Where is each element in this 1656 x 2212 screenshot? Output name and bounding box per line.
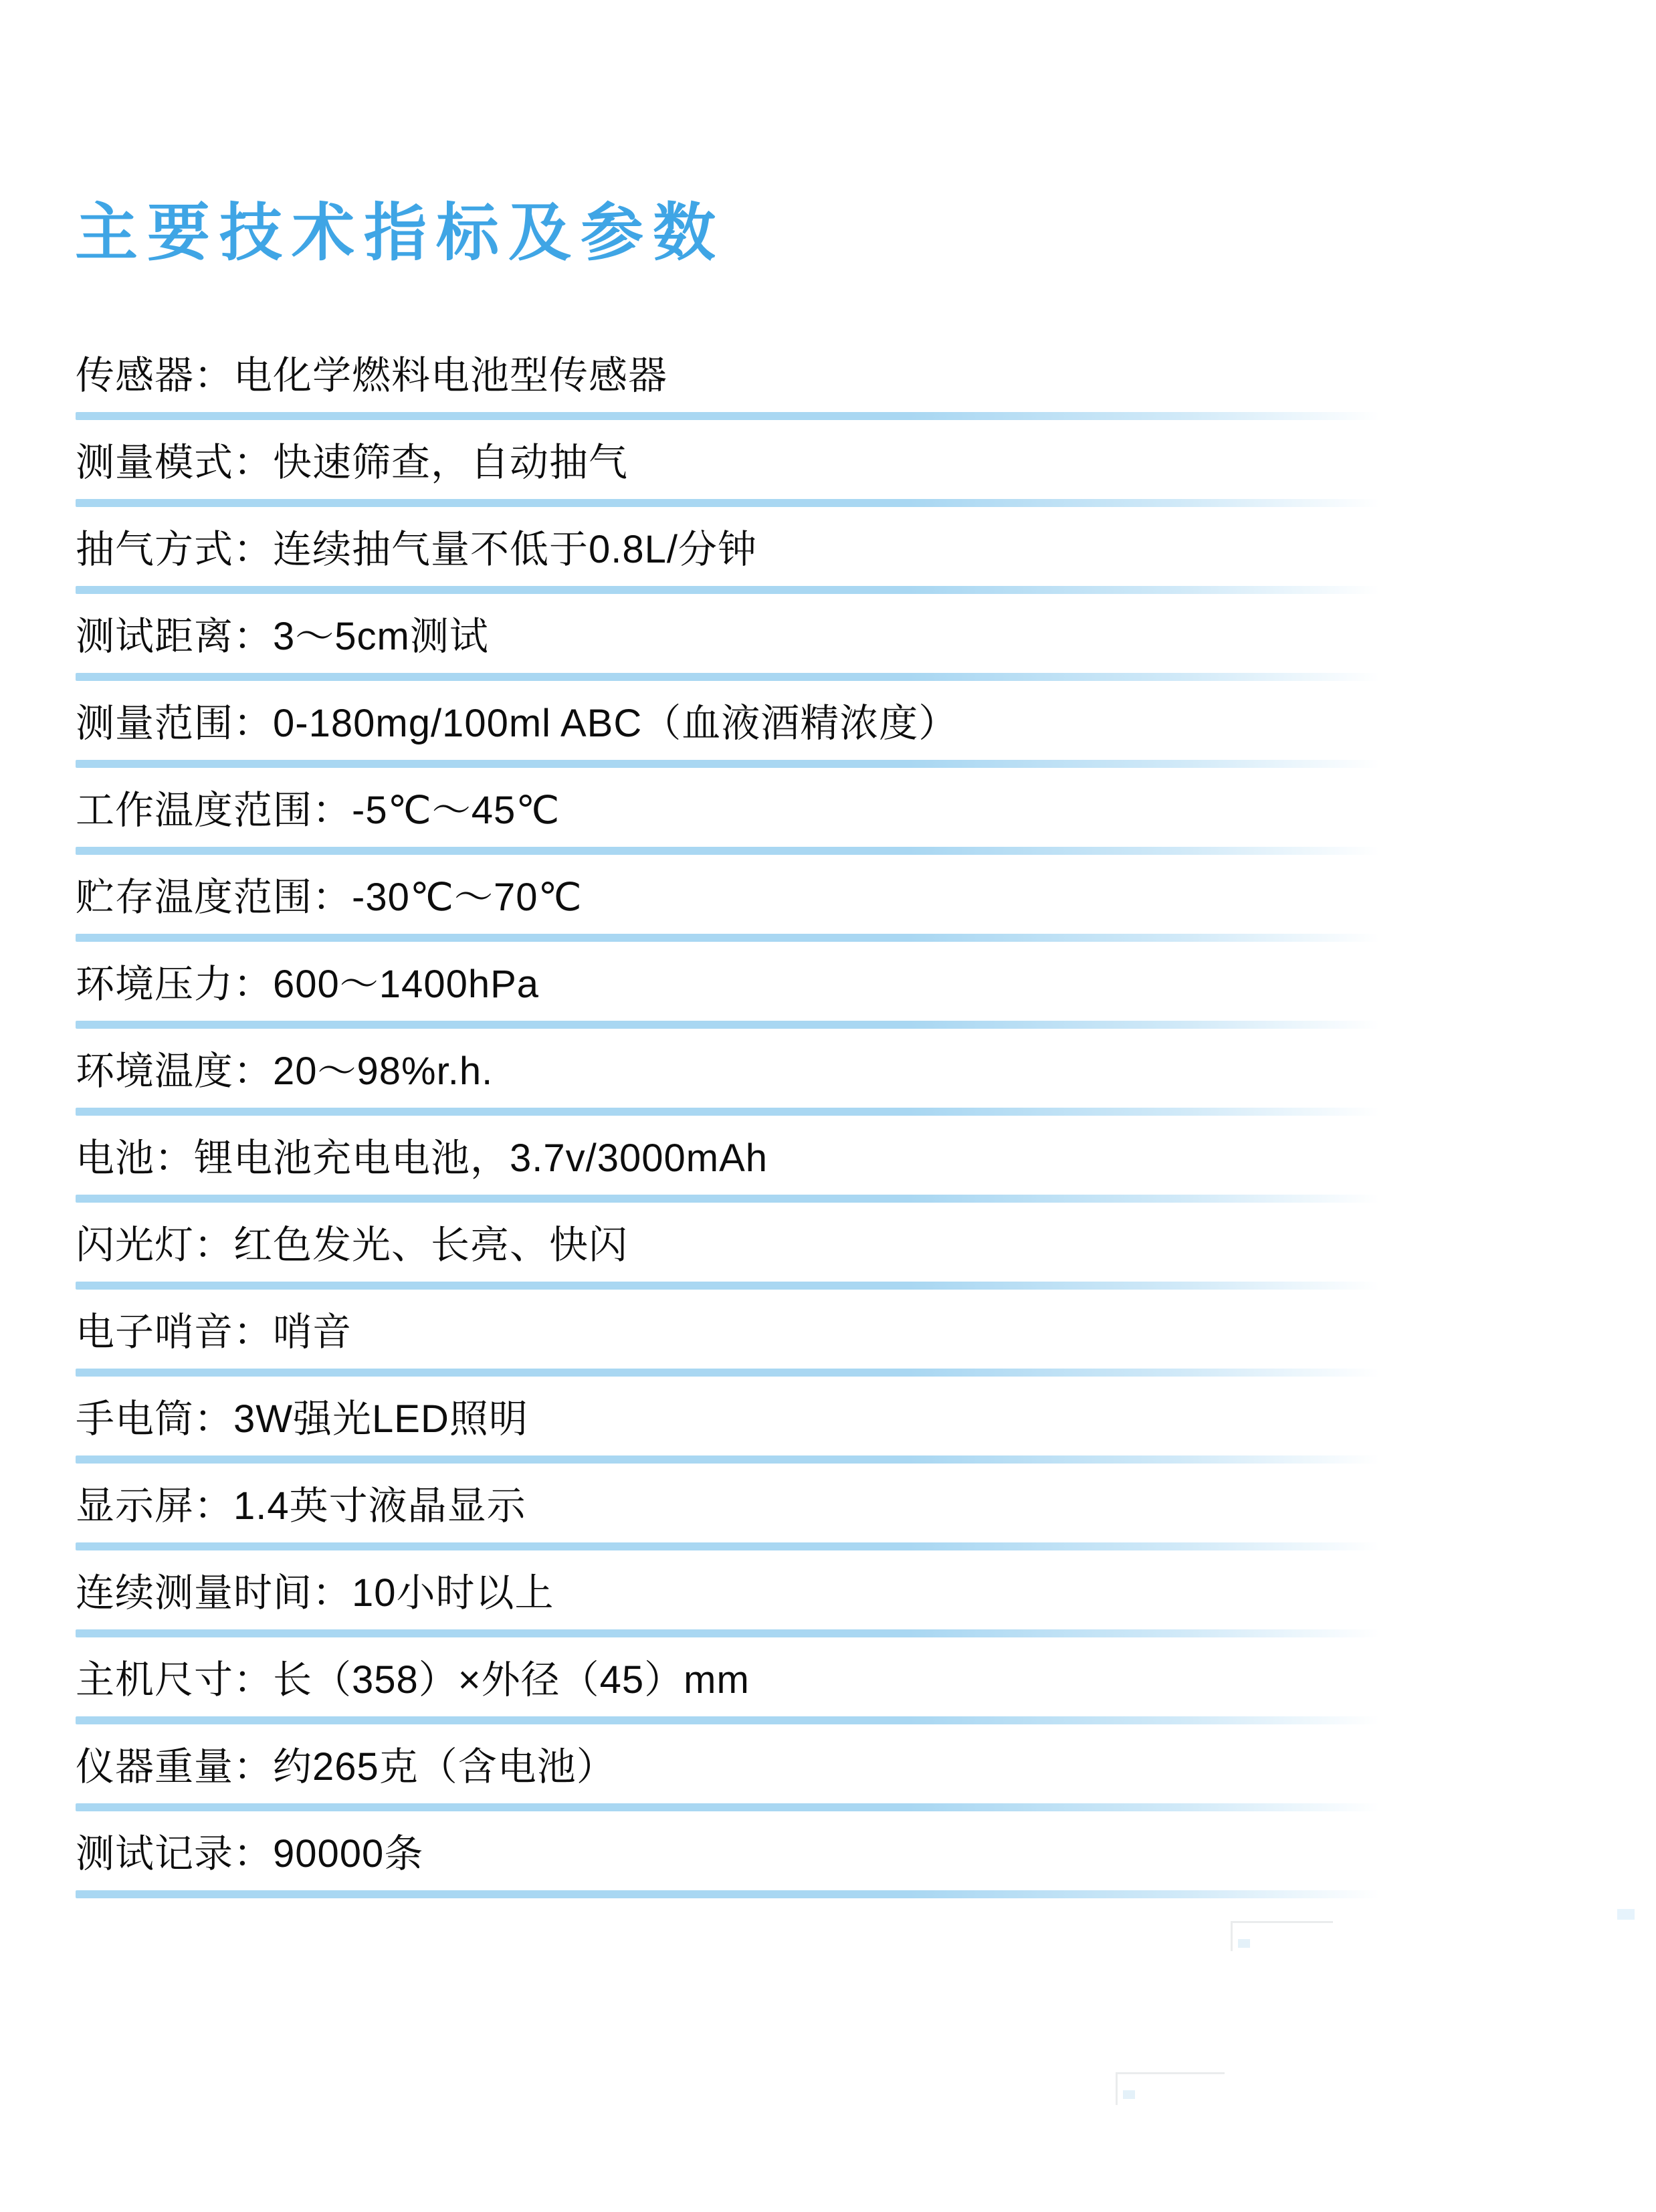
spec-list: 传感器：电化学燃料电池型传感器 测量模式：快速筛查，自动抽气 抽气方式：连续抽气… [76,355,1420,1920]
spec-label: 环境压力 [76,963,233,1006]
spec-value: 快速筛查，自动抽气 [273,441,628,484]
spec-label: 闪光灯 [76,1223,194,1267]
spec-separator: ： [233,1658,273,1702]
spec-row: 贮存温度范围：-30℃～70℃ [76,876,1420,942]
watermark-dot-icon [1123,2090,1135,2099]
row-divider-line [76,499,1420,507]
page-title: 主要技术指标及参数 [75,199,725,266]
row-divider-line [76,1629,1420,1637]
row-divider-line [76,1369,1420,1377]
spec-value: 3W强光LED照明 [233,1397,528,1441]
spec-label: 测量范围 [76,702,233,745]
spec-separator: ： [194,1223,233,1267]
spec-text: 抽气方式：连续抽气量不低于0.8L/分钟 [76,528,1420,571]
spec-text: 传感器：电化学燃料电池型传感器 [76,355,1420,397]
spec-row: 环境温度：20～98%r.h. [76,1050,1420,1116]
spec-row: 手电筒：3W强光LED照明 [76,1398,1420,1464]
spec-text: 主机尺寸：长（358）×外径（45）mm [76,1659,1420,1702]
spec-separator: ： [233,963,273,1006]
spec-separator: ： [233,441,273,484]
spec-text: 环境压力：600～1400hPa [76,963,1420,1006]
spec-separator: ： [154,1136,194,1180]
spec-row: 主机尺寸：长（358）×外径（45）mm [76,1659,1420,1724]
spec-separator: ： [233,1049,273,1093]
spec-row: 传感器：电化学燃料电池型传感器 [76,355,1420,420]
spec-value: 10小时以上 [352,1571,554,1615]
spec-separator: ： [194,1484,233,1528]
spec-separator: ： [312,1571,352,1615]
spec-row: 显示屏：1.4英寸液晶显示 [76,1485,1420,1550]
spec-label: 贮存温度范围 [76,876,312,919]
spec-text: 电子哨音：哨音 [76,1311,1420,1354]
spec-value: 锂电池充电电池，3.7v/3000mAh [194,1136,768,1180]
row-divider-line [76,412,1420,420]
spec-label: 测试距离 [76,615,233,658]
spec-separator: ： [233,528,273,571]
spec-separator: ： [233,702,273,745]
spec-label: 测试记录 [76,1832,233,1876]
spec-separator: ： [194,354,233,397]
spec-text: 闪光灯：红色发光、长亮、快闪 [76,1224,1420,1267]
row-divider-line [76,673,1420,681]
watermark-corner-mark-2 [1116,2072,1225,2105]
spec-row: 仪器重量：约265克（含电池） [76,1746,1420,1811]
spec-label: 抽气方式 [76,528,233,571]
spec-value: 1.4英寸液晶显示 [233,1484,526,1528]
spec-text: 仪器重量：约265克（含电池） [76,1746,1420,1789]
spec-label: 工作温度范围 [76,789,312,832]
row-divider-line [76,1195,1420,1203]
row-divider-line [76,1108,1420,1116]
spec-label: 手电筒 [76,1397,194,1441]
spec-text: 测量范围：0-180mg/100ml ABC（血液酒精浓度） [76,702,1420,745]
spec-label: 电池 [76,1136,154,1180]
spec-label: 电子哨音 [76,1310,233,1354]
spec-text: 测试记录：90000条 [76,1833,1420,1876]
spec-text: 手电筒：3W强光LED照明 [76,1398,1420,1441]
spec-value: 90000条 [273,1832,423,1876]
spec-value: 红色发光、长亮、快闪 [233,1223,628,1267]
spec-separator: ： [312,789,352,832]
spec-row: 测试距离：3～5cm测试 [76,615,1420,681]
spec-label: 连续测量时间 [76,1571,312,1615]
row-divider-line [76,1890,1420,1898]
spec-row: 电子哨音：哨音 [76,1311,1420,1377]
spec-row: 工作温度范围：-5℃～45℃ [76,789,1420,855]
row-divider-line [76,1021,1420,1029]
spec-text: 工作温度范围：-5℃～45℃ [76,789,1420,832]
spec-text: 测试距离：3～5cm测试 [76,615,1420,658]
spec-sheet-page: 主要技术指标及参数 传感器：电化学燃料电池型传感器 测量模式：快速筛查，自动抽气… [0,0,1656,2212]
spec-row: 环境压力：600～1400hPa [76,963,1420,1029]
spec-text: 贮存温度范围：-30℃～70℃ [76,876,1420,919]
watermark-corner-mark-1 [1231,1921,1333,1951]
row-divider-line [76,1803,1420,1811]
spec-value: 0-180mg/100ml ABC（血液酒精浓度） [273,702,958,745]
spec-value: -5℃～45℃ [352,789,560,832]
spec-value: 长（358）×外径（45）mm [273,1658,750,1702]
spec-text: 电池：锂电池充电电池，3.7v/3000mAh [76,1137,1420,1180]
row-divider-line [76,586,1420,594]
spec-label: 环境温度 [76,1049,233,1093]
spec-separator: ： [233,1310,273,1354]
spec-value: 600～1400hPa [273,963,539,1006]
spec-row: 抽气方式：连续抽气量不低于0.8L/分钟 [76,528,1420,594]
row-divider-line [76,760,1420,768]
spec-separator: ： [233,1745,273,1789]
spec-row: 连续测量时间：10小时以上 [76,1572,1420,1637]
spec-separator: ： [312,876,352,919]
spec-row: 测试记录：90000条 [76,1833,1420,1898]
spec-label: 传感器 [76,354,194,397]
spec-value: 连续抽气量不低于0.8L/分钟 [273,528,757,571]
spec-value: 3～5cm测试 [273,615,489,658]
watermark-dot-icon [1238,1939,1250,1948]
spec-label: 主机尺寸 [76,1658,233,1702]
spec-text: 显示屏：1.4英寸液晶显示 [76,1485,1420,1528]
spec-value: 哨音 [273,1310,352,1354]
spec-value: 电化学燃料电池型传感器 [233,354,667,397]
spec-text: 连续测量时间：10小时以上 [76,1572,1420,1615]
row-divider-line [76,1716,1420,1724]
spec-text: 环境温度：20～98%r.h. [76,1050,1420,1093]
watermark-smudge-icon [1617,1909,1635,1920]
row-divider-line [76,934,1420,942]
spec-label: 仪器重量 [76,1745,233,1789]
spec-value: -30℃～70℃ [352,876,583,919]
spec-text: 测量模式：快速筛查，自动抽气 [76,441,1420,484]
spec-row: 测量范围：0-180mg/100ml ABC（血液酒精浓度） [76,702,1420,768]
spec-value: 20～98%r.h. [273,1049,493,1093]
row-divider-line [76,1282,1420,1290]
spec-separator: ： [233,1832,273,1876]
row-divider-line [76,847,1420,855]
spec-label: 测量模式 [76,441,233,484]
spec-label: 显示屏 [76,1484,194,1528]
spec-row: 电池：锂电池充电电池，3.7v/3000mAh [76,1137,1420,1203]
spec-row: 闪光灯：红色发光、长亮、快闪 [76,1224,1420,1290]
spec-separator: ： [233,615,273,658]
row-divider-line [76,1455,1420,1464]
row-divider-line [76,1542,1420,1550]
spec-row: 测量模式：快速筛查，自动抽气 [76,441,1420,507]
spec-value: 约265克（含电池） [273,1745,616,1789]
spec-separator: ： [194,1397,233,1441]
